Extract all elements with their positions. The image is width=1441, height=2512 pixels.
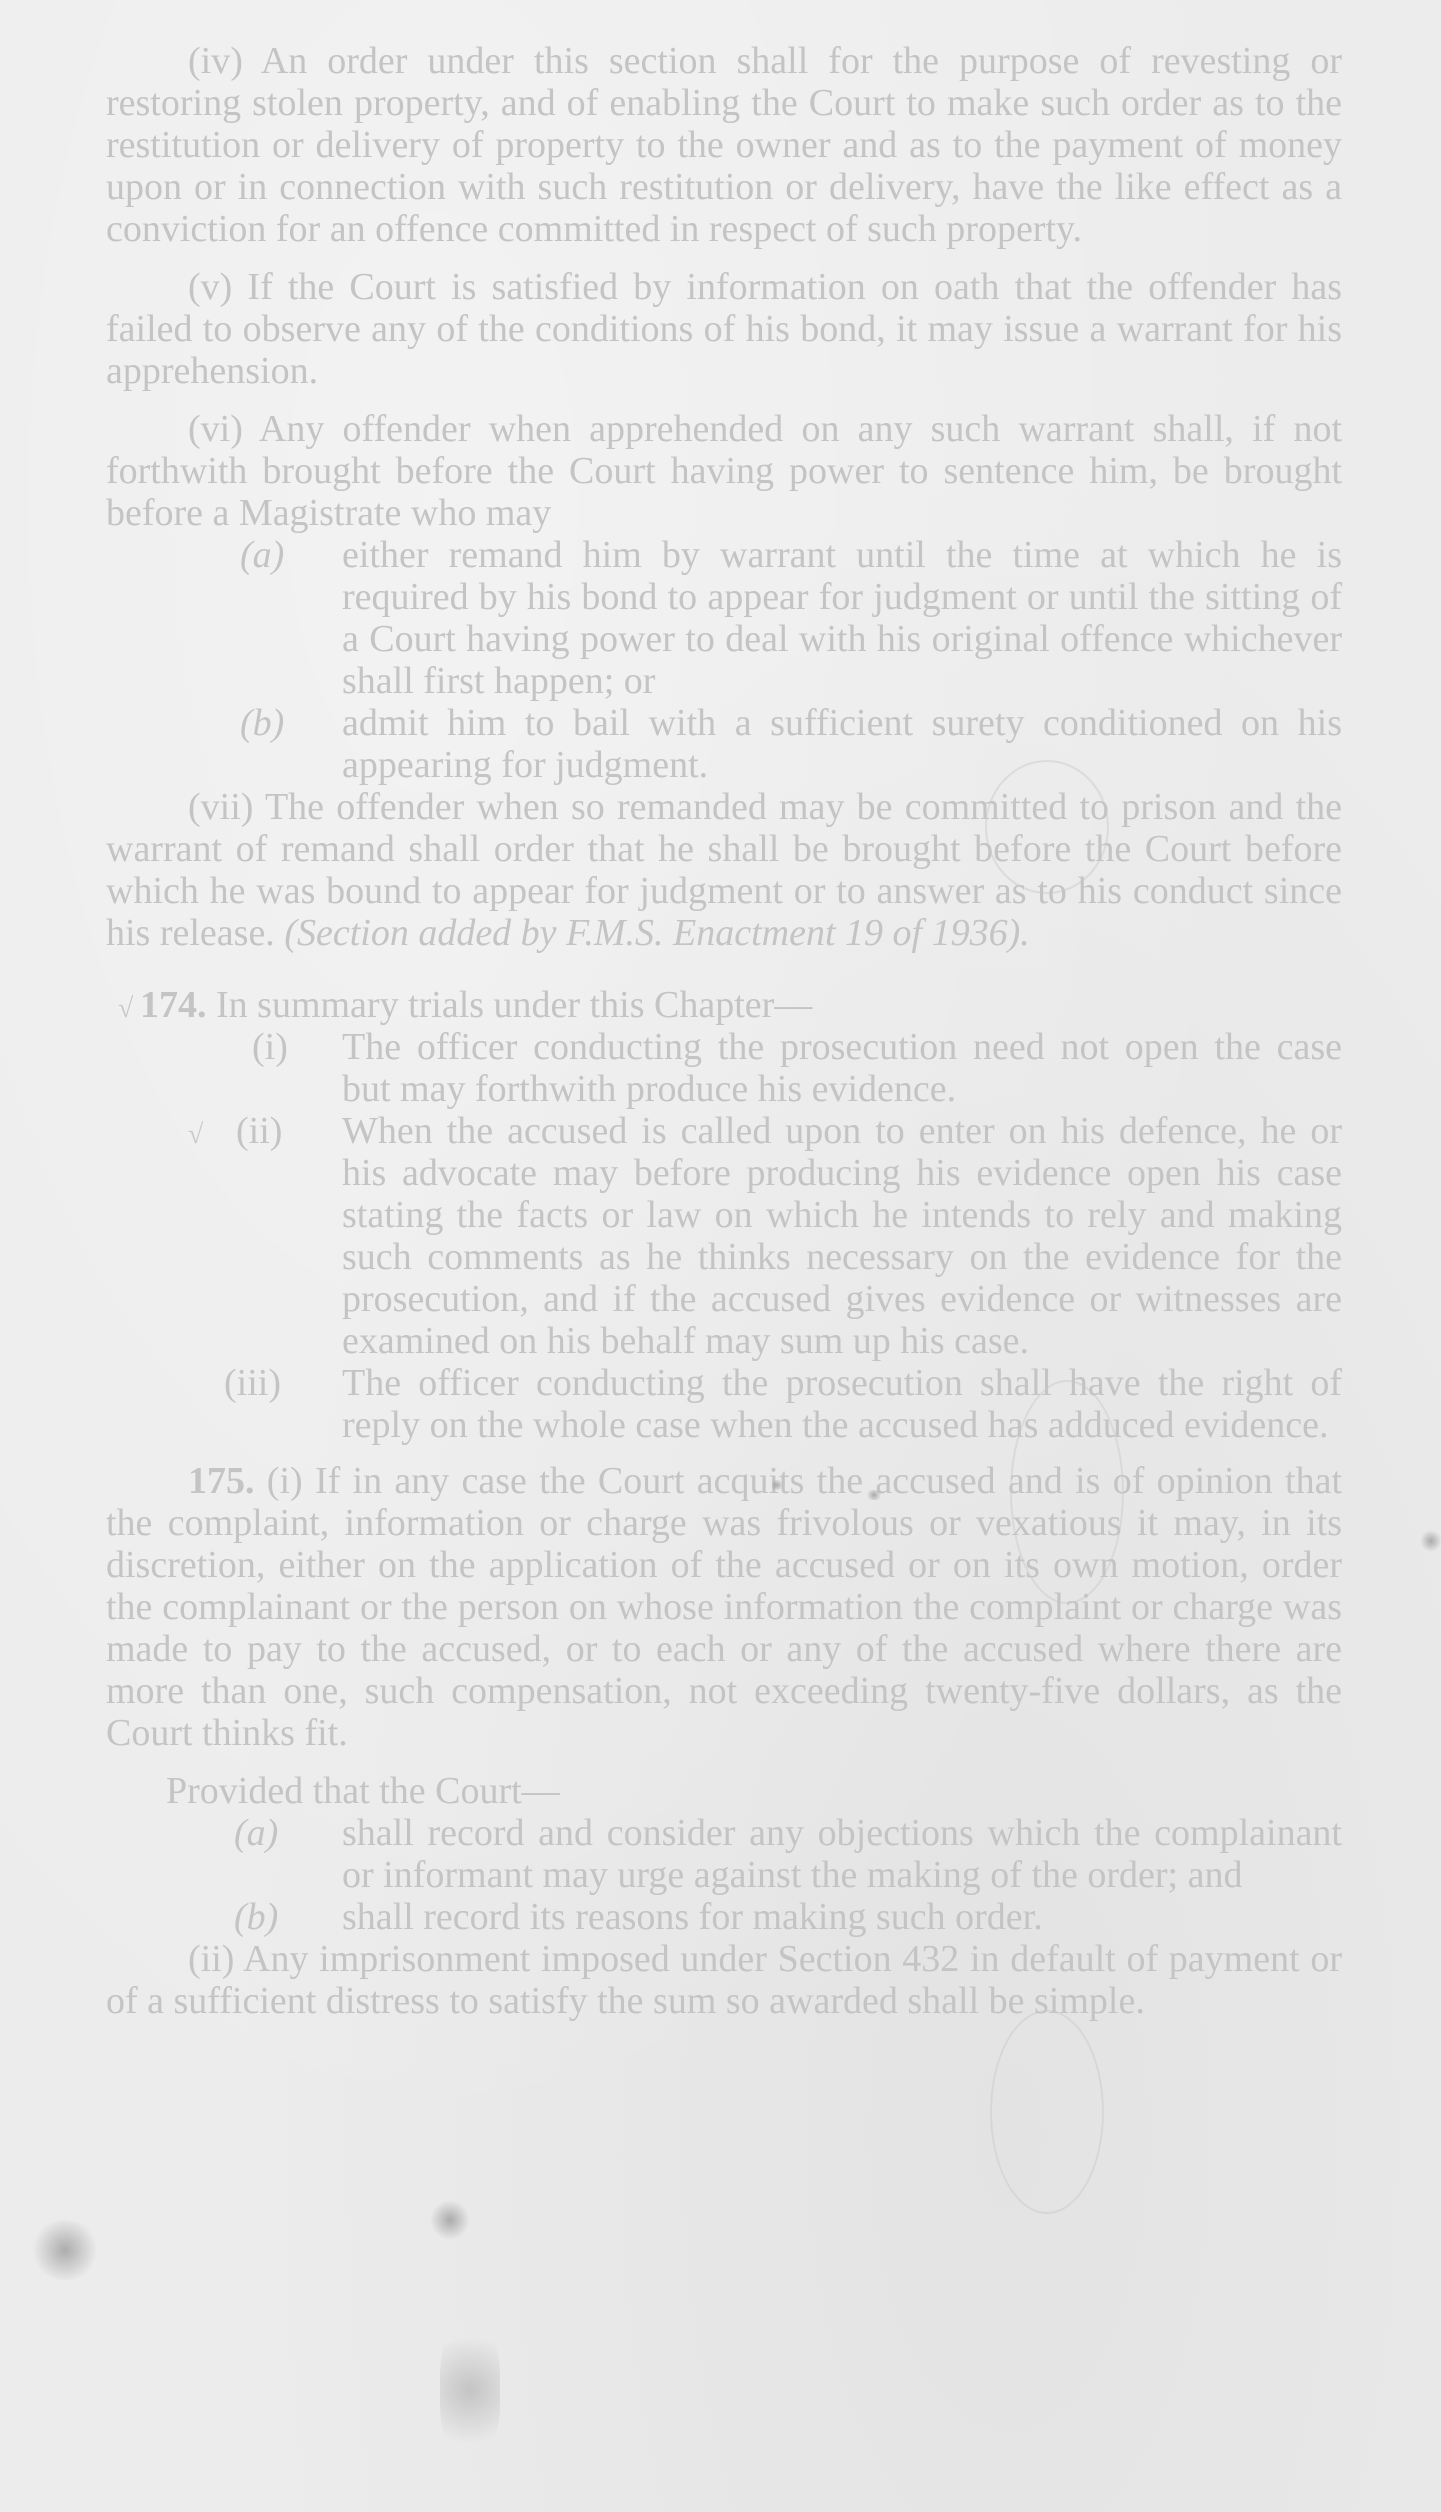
proviso: Provided that the Court— (106, 1770, 1342, 1812)
ink-smudge (440, 2320, 500, 2460)
proviso-a-label: (a) (234, 1812, 278, 1854)
section-174-iii-label: (iii) (224, 1362, 281, 1404)
section-174-ii: √ (ii) When the accused is called upon t… (106, 1110, 1342, 1362)
faint-stamp-impression (985, 760, 1109, 894)
section-175-ii: (ii) Any imprisonment imposed under Sect… (106, 1938, 1342, 2022)
paragraph-vi-b-text: admit him to bail with a sufficient sure… (342, 702, 1342, 786)
proviso-b-label: (b) (234, 1896, 278, 1938)
section-174-i-text: The officer conducting the prosecution n… (342, 1026, 1342, 1110)
proviso-b-text: shall record its reasons for making such… (342, 1896, 1043, 1938)
ink-speck (865, 1490, 883, 1500)
faint-stamp-impression (990, 2010, 1104, 2214)
document-page: (iv) An order under this section shall f… (106, 40, 1342, 2022)
section-174-iii: (iii) The officer conducting the prosecu… (106, 1362, 1342, 1446)
proviso-b: (b) shall record its reasons for making … (106, 1896, 1342, 1938)
section-174-number: 174. (140, 984, 207, 1026)
faint-stamp-impression (1010, 1380, 1124, 1604)
ink-speck (770, 1480, 784, 1490)
section-175-number: 175. (188, 1460, 255, 1502)
proviso-a-text: shall record and consider any objections… (342, 1812, 1342, 1896)
ink-smudge (30, 2220, 100, 2280)
paragraph-vi-b-label: (b) (240, 702, 284, 744)
section-175-i-text: (i) If in any case the Court acquits the… (106, 1460, 1342, 1754)
paragraph-vii: (vii) The offender when so remanded may … (106, 786, 1342, 954)
section-174-i-label: (i) (252, 1026, 288, 1068)
section-174-iii-text: The officer conducting the prosecution s… (342, 1362, 1342, 1446)
paragraph-iv: (iv) An order under this section shall f… (106, 40, 1342, 250)
section-174-i: (i) The officer conducting the prosecuti… (106, 1026, 1342, 1110)
paragraph-v: (v) If the Court is satisfied by informa… (106, 266, 1342, 392)
ink-speck (1420, 1530, 1441, 1552)
paragraph-vi: (vi) Any offender when apprehended on an… (106, 408, 1342, 534)
ink-smudge (430, 2200, 470, 2240)
paragraph-vi-a: (a) either remand him by warrant until t… (106, 534, 1342, 702)
paragraph-vi-a-text: either remand him by warrant until the t… (342, 534, 1342, 702)
proviso-a: (a) shall record and consider any object… (106, 1812, 1342, 1896)
section-174-ii-label: (ii) (236, 1110, 282, 1152)
checkmark-icon: √ (188, 1114, 203, 1156)
checkmark-icon: √ (84, 988, 133, 1030)
paragraph-vi-a-label: (a) (240, 534, 284, 576)
section-175-i: 175. (i) If in any case the Court acquit… (106, 1460, 1342, 1754)
section-174-intro: In summary trials under this Chapter— (216, 984, 812, 1026)
section-174-ii-text: When the accused is called upon to enter… (342, 1110, 1342, 1362)
section-174-heading: √ 174. In summary trials under this Chap… (106, 984, 1342, 1026)
amendment-note: (Section added by F.M.S. Enactment 19 of… (284, 912, 1029, 954)
paragraph-vi-b: (b) admit him to bail with a sufficient … (106, 702, 1342, 786)
